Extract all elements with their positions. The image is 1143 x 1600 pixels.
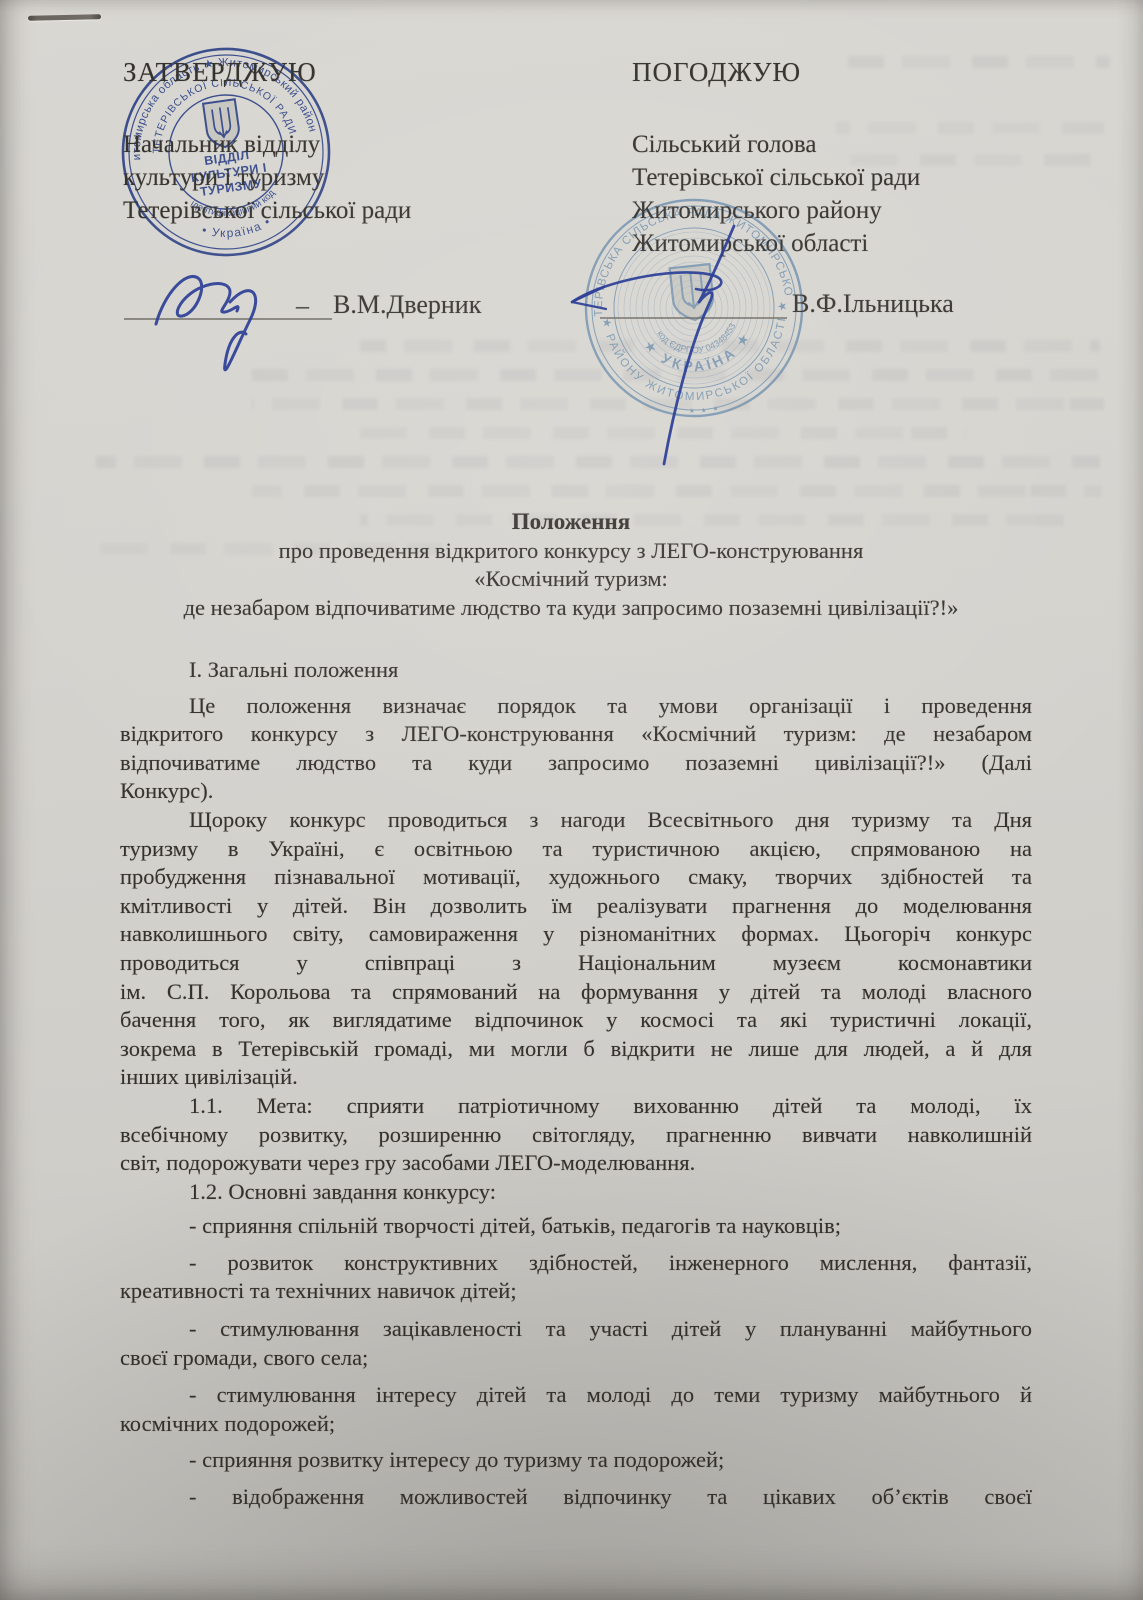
document-page: ЗАТВЕРДЖУЮ Начальник відділу культури і … <box>0 0 1143 1600</box>
text-line: всебічному розвитку, розширенню світогля… <box>120 1121 1032 1150</box>
approver-title-line: Сільський голова <box>632 128 920 161</box>
text-line: космічних подорожей; <box>120 1410 1032 1439</box>
paragraph: - стимулювання інтересу дітей та молоді … <box>120 1381 1032 1438</box>
paragraph: - стимулювання зацікавленості та участі … <box>120 1315 1032 1372</box>
handwritten-signature-left <box>138 238 378 398</box>
signature-stroke <box>572 272 721 302</box>
text-line: відпочиватиме людство та куди запросимо … <box>120 749 1032 778</box>
approver-title-line: культури і туризму <box>123 161 411 194</box>
signature-stroke <box>664 226 734 464</box>
paragraph: - розвиток конструктивних здібностей, ін… <box>120 1249 1032 1306</box>
paragraph: - сприяння спільній творчості дітей, бат… <box>120 1212 1032 1241</box>
title-line-3: «Космічний туризм: <box>116 565 1026 594</box>
signature-stroke <box>225 291 256 370</box>
body-paragraphs: Це положення визначає порядок та умови о… <box>120 692 1032 1512</box>
title-line-2: про проведення відкритого конкурсу з ЛЕГ… <box>116 537 1026 566</box>
approver-title-line: Тетерівської сільської ради <box>632 161 920 194</box>
signature-stroke <box>156 276 238 324</box>
text-line: навколишнього світу, самовираження у різ… <box>120 920 1032 949</box>
approve-label: ЗАТВЕРДЖУЮ <box>123 57 543 88</box>
text-line: - сприяння розвитку інтересу до туризму … <box>120 1446 1032 1475</box>
text-line: - стимулювання інтересу дітей та молоді … <box>120 1381 1032 1410</box>
text-line: інших цивілізацій. <box>120 1063 1032 1092</box>
text-line: Це положення визначає порядок та умови о… <box>120 692 1032 721</box>
text-line: світ, подорожувати через гру засобами ЛЕ… <box>120 1149 1032 1178</box>
text-line: 1.1. Мета: сприяти патріотичному вихован… <box>120 1092 1032 1121</box>
text-line: - відображення можливостей відпочинку та… <box>120 1483 1032 1512</box>
document-title: Положення про проведення відкритого конк… <box>116 508 1026 622</box>
text-line: креативності та технічних навичок дітей; <box>120 1277 1032 1306</box>
document-body: І. Загальні положення Це положення визна… <box>120 656 1032 1512</box>
text-line: бачення того, як виглядатиме відпочинок … <box>120 1006 1032 1035</box>
paragraph: - сприяння розвитку інтересу до туризму … <box>120 1446 1032 1475</box>
text-line: туризму в Україні, є освітньою та турист… <box>120 835 1032 864</box>
agree-label: ПОГОДЖУЮ <box>632 57 1052 88</box>
text-line: проводиться у співпраці з Національним м… <box>120 949 1032 978</box>
text-line: 1.2. Основні завдання конкурсу: <box>120 1178 1032 1207</box>
text-line: кмітливості у дітей. Він дозволить їм ре… <box>120 892 1032 921</box>
approver-title-line: Начальник відділу <box>123 128 411 161</box>
text-line: своєї громади, свого села; <box>120 1344 1032 1373</box>
text-line: - розвиток конструктивних здібностей, ін… <box>120 1249 1032 1278</box>
text-line: - стимулювання зацікавленості та участі … <box>120 1315 1032 1344</box>
title-line-4: де незабаром відпочиватиме людство та ку… <box>116 594 1026 623</box>
text-line: ім. С.П. Корольова та спрямований на фор… <box>120 978 1032 1007</box>
approver-title-line: Тетерівської сільської ради <box>123 194 411 227</box>
text-line: пробудження пізнавальної мотивації, худо… <box>120 863 1032 892</box>
text-line: Конкурс). <box>120 777 1032 806</box>
paragraph: - відображення можливостей відпочинку та… <box>120 1483 1032 1512</box>
text-line: зокрема в Тетерівській громаді, ми могли… <box>120 1035 1032 1064</box>
signatory-name-right: В.Ф.Ільницька <box>792 289 954 319</box>
handwritten-signature-right <box>558 212 808 482</box>
text-line: - сприяння спільній творчості дітей, бат… <box>120 1212 1032 1241</box>
section-heading: І. Загальні положення <box>120 656 1032 685</box>
text-line: Щороку конкурс проводиться з нагоди Всес… <box>120 806 1032 835</box>
paragraph: 1.1. Мета: сприяти патріотичному вихован… <box>120 1092 1032 1178</box>
approver-title-left: Начальник відділу культури і туризму Тет… <box>123 128 411 227</box>
title-line-1: Положення <box>116 508 1026 537</box>
paragraph: Це положення визначає порядок та умови о… <box>120 692 1032 806</box>
paragraph: 1.2. Основні завдання конкурсу: <box>120 1178 1032 1207</box>
paragraph: Щороку конкурс проводиться з нагоди Всес… <box>120 806 1032 1092</box>
text-line: відкритого конкурсу з ЛЕГО-конструювання… <box>120 720 1032 749</box>
